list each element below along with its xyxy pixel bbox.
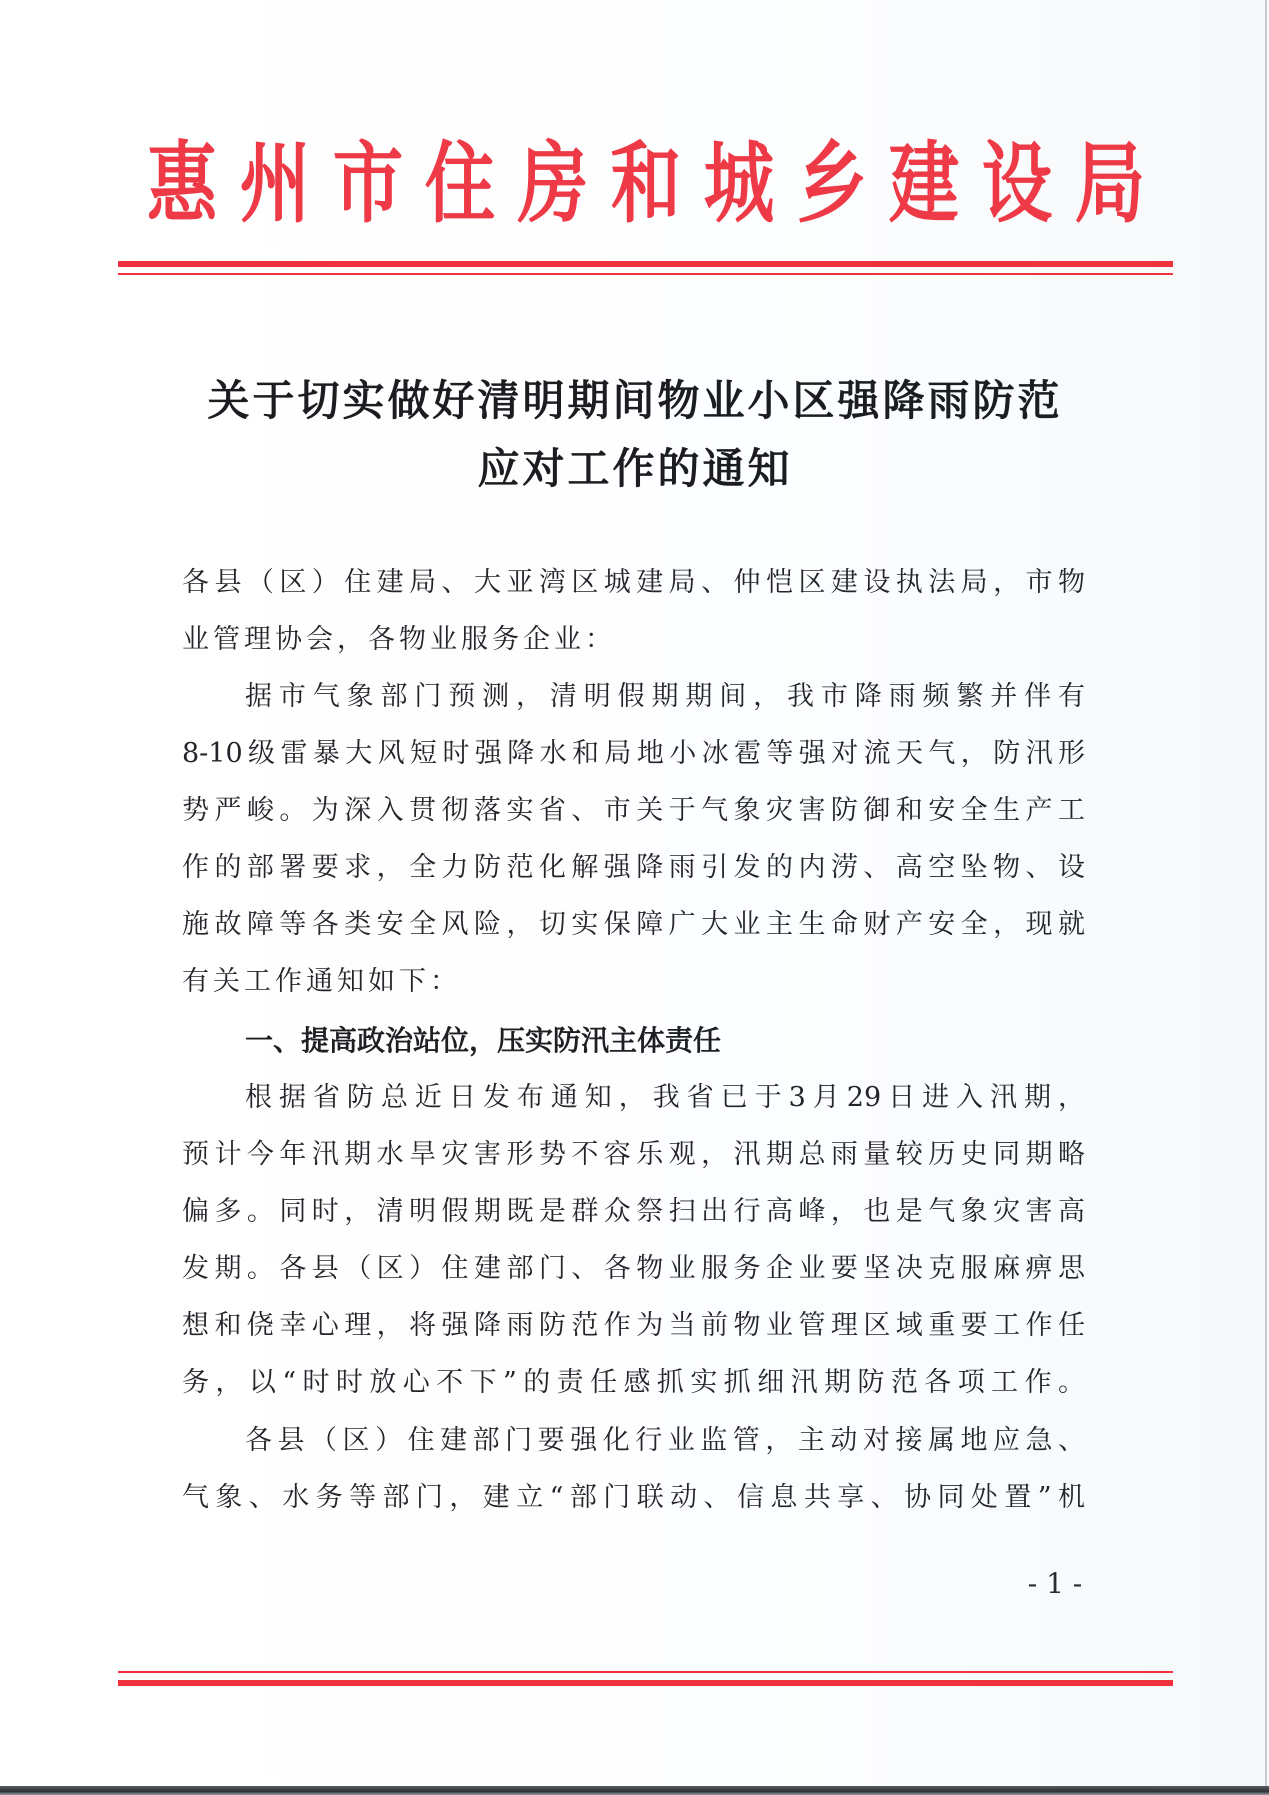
paragraph-line: 偏多。同时，清明假期既是群众祭扫出行高峰，也是气象灾害高	[182, 1195, 1085, 1229]
masthead-char: 建	[889, 128, 959, 238]
paragraph-line: 各县（区）住建部门要强化行业监管，主动对接属地应急、	[245, 1424, 1085, 1458]
paragraph-line: 气象、水务等部门，建立“部门联动、信息共享、协同处置”机	[182, 1481, 1085, 1515]
paragraph-line: 据市气象部门预测，清明假期期间，我市降雨频繁并伴有	[245, 680, 1085, 714]
footer-rule-thin	[118, 1671, 1173, 1673]
paragraph-line: 预计今年汛期水旱灾害形势不容乐观，汛期总雨量较历史同期略	[182, 1138, 1085, 1172]
document-title-line-1: 关于切实做好清明期间物业小区强降雨防范	[150, 378, 1120, 424]
masthead-char: 惠	[147, 128, 217, 238]
masthead-char: 市	[332, 128, 402, 238]
footer-rule-thick	[118, 1680, 1173, 1686]
masthead-char: 住	[425, 128, 495, 238]
scan-bottom-edge	[0, 1786, 1269, 1795]
document-page: 惠 州 市 住 房 和 城 乡 建 设 局 关于切实做好清明期间物业小区强降雨防…	[0, 0, 1267, 1786]
paragraph-line: 想和侥幸心理，将强降雨防范作为当前物业管理区域重要工作任	[182, 1309, 1085, 1343]
paragraph-line: 施故障等各类安全风险，切实保障广大业主生命财产安全，现就	[182, 908, 1085, 942]
document-title-line-2: 应对工作的通知	[150, 446, 1120, 492]
masthead-char: 乡	[796, 128, 866, 238]
addressee-line: 各县（区）住建局、大亚湾区城建局、仲恺区建设执法局，市物	[182, 566, 1085, 600]
masthead-char: 房	[518, 128, 588, 238]
masthead-char: 州	[240, 128, 310, 238]
paragraph-line: 8-10级雷暴大风短时强降水和局地小冰雹等强对流天气，防汛形	[182, 737, 1085, 771]
paragraph-line: 有关工作通知如下：	[182, 965, 1085, 999]
masthead-rule-thin	[118, 273, 1173, 275]
addressee-line: 业管理协会，各物业服务企业：	[182, 623, 1085, 657]
masthead-char: 和	[611, 128, 681, 238]
masthead-char: 局	[1075, 128, 1145, 238]
paragraph-line: 务，以“时时放心不下”的责任感抓实抓细汛期防范各项工作。	[182, 1366, 1085, 1400]
page-number: - 1 -	[1010, 1566, 1100, 1602]
masthead-char: 设	[982, 128, 1052, 238]
masthead-org-name: 惠 州 市 住 房 和 城 乡 建 设 局	[138, 128, 1154, 238]
masthead-rule-thick	[118, 261, 1173, 267]
masthead-char: 城	[704, 128, 774, 238]
paragraph-line: 势严峻。为深入贯彻落实省、市关于气象灾害防御和安全生产工	[182, 794, 1085, 828]
paragraph-line: 发期。各县（区）住建部门、各物业服务企业要坚决克服麻痹思	[182, 1252, 1085, 1286]
paragraph-line: 根据省防总近日发布通知，我省已于3月29日进入汛期，	[245, 1081, 1085, 1115]
section-heading: 一、提高政治站位，压实防汛主体责任	[245, 1024, 721, 1058]
paragraph-line: 作的部署要求，全力防范化解强降雨引发的内涝、高空坠物、设	[182, 851, 1085, 885]
